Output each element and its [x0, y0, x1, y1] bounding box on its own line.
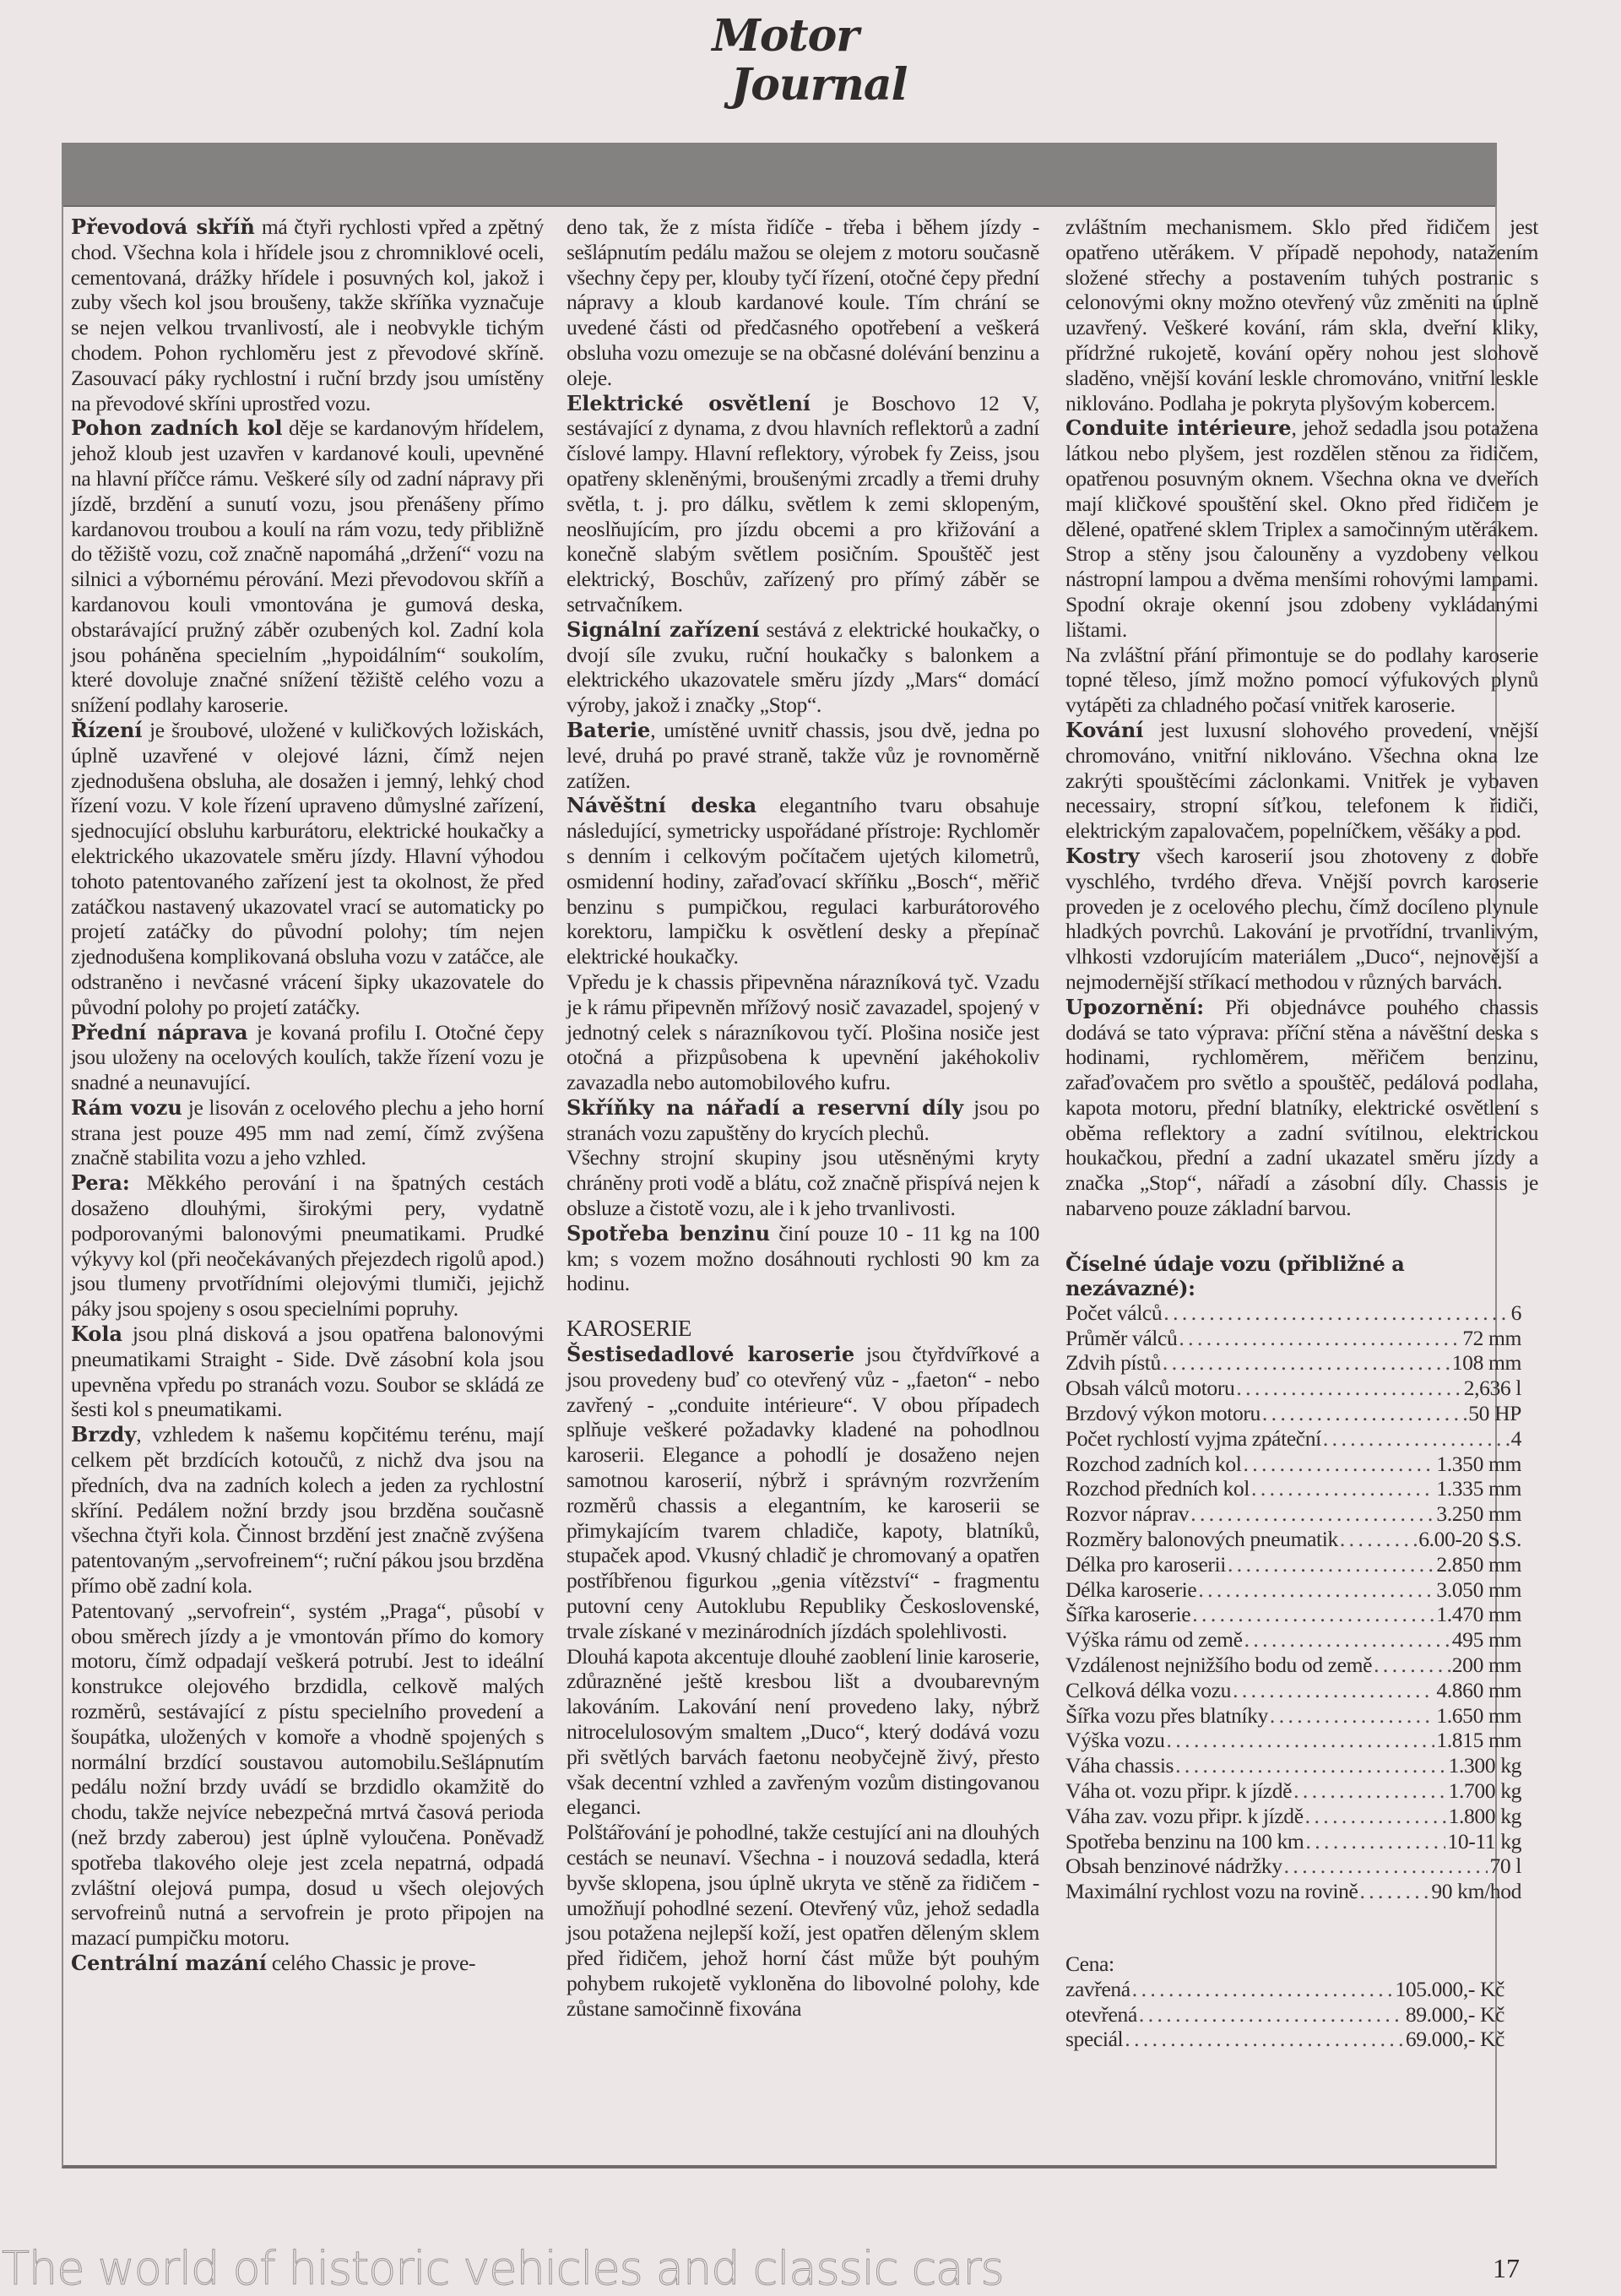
row-value: 10-11 kg — [1447, 1829, 1521, 1854]
specs-table: Počet válců6Průměr válců72 mmZdvih pístů… — [1065, 1300, 1521, 1904]
dot-leader — [1243, 1452, 1434, 1477]
row-value: 108 mm — [1452, 1350, 1521, 1376]
price-row: speciál69.000,- Kč — [1065, 2027, 1504, 2052]
dot-leader — [1228, 1552, 1434, 1577]
paragraph-text: děje se kardanovým hřídelem, jehož kloub… — [71, 415, 544, 717]
spec-row: Váha chassis1.300 kg — [1065, 1753, 1521, 1778]
dot-leader — [1190, 1501, 1434, 1527]
dot-leader — [1179, 1326, 1461, 1351]
dot-leader — [1139, 2002, 1404, 2027]
row-label: Počet rychlostí vyjma zpáteční — [1065, 1426, 1321, 1452]
paragraph-text: je Boschovo 12 V, sestávající z dynama, … — [567, 391, 1039, 616]
dot-leader — [1262, 1401, 1466, 1426]
spec-row: Šířka karoserie1.470 mm — [1065, 1602, 1521, 1627]
spec-row: Počet válců6 — [1065, 1300, 1521, 1326]
row-label: Váha ot. vozu připr. k jízdě — [1065, 1778, 1292, 1804]
dot-leader — [1163, 1300, 1509, 1326]
dot-leader — [1244, 1627, 1450, 1653]
logo-line-2: Journal — [726, 61, 912, 110]
paragraph: Dlouhá kapota akcentuje dlouhé zaoblení … — [567, 1644, 1039, 1821]
row-value: 105.000,- Kč — [1395, 1977, 1504, 2002]
row-value: 1.350 mm — [1436, 1452, 1521, 1477]
paragraph: Řízení je šroubové, uložené v kuličkovýc… — [71, 718, 544, 1020]
footer-tagline: The world of historic vehicles and class… — [2, 2242, 1004, 2295]
paragraph: Patentovaný „servofrein“, systém „Praga“… — [71, 1599, 544, 1951]
paragraph-text: jsou čtyřdvířkové a jsou provedeny buď c… — [567, 1342, 1039, 1643]
paragraph: Baterie, umístěné uvnitř chassis, jsou d… — [567, 718, 1039, 793]
paragraph-text: má čtyři rychlosti vpřed a zpětný chod. … — [71, 214, 544, 415]
paragraph: Brzdy, vzhledem k našemu kopčitému terén… — [71, 1422, 544, 1599]
paragraph-lead: Upozornění: — [1065, 995, 1204, 1019]
paragraph: Centrální mazání celého Chassic je prove… — [71, 1951, 544, 1976]
spec-row: Váha ot. vozu připr. k jízdě1.700 kg — [1065, 1778, 1521, 1804]
paragraph-text: elegantního tvaru obsahuje následující, … — [567, 793, 1039, 969]
row-label: Výška rámu od země — [1065, 1627, 1243, 1653]
paragraph-text: Měkkého perování i na špatných cestách d… — [71, 1170, 544, 1321]
row-label: Celková délka vozu — [1065, 1678, 1231, 1703]
spec-row: Vzdálenost nejnižšího bodu od země200 mm — [1065, 1653, 1521, 1678]
dot-leader — [1284, 1854, 1488, 1879]
row-value: 90 km/hod — [1431, 1879, 1521, 1904]
row-label: Rozměry balonových pneumatik — [1065, 1527, 1338, 1552]
dot-leader — [1305, 1804, 1447, 1829]
gray-header-banner — [62, 143, 1497, 207]
row-label: Průměr válců — [1065, 1326, 1177, 1351]
paragraph: Návěštní deska elegantního tvaru obsahuj… — [567, 793, 1039, 969]
article-column-3: zvláštním mechanismem. Sklo před řidičem… — [1065, 214, 1538, 2052]
paragraph-lead: Kola — [71, 1322, 122, 1346]
spec-row: Šířka vozu přes blatníky1.650 mm — [1065, 1703, 1521, 1729]
spec-row: Rozvor náprav3.250 mm — [1065, 1501, 1521, 1527]
row-label: Šířka vozu přes blatníky — [1065, 1703, 1268, 1729]
spec-row: Průměr válců72 mm — [1065, 1326, 1521, 1351]
dot-leader — [1167, 1728, 1435, 1753]
spec-row: Výška rámu od země495 mm — [1065, 1627, 1521, 1653]
row-label: Šířka karoserie — [1065, 1602, 1190, 1627]
spec-row: Rozměry balonových pneumatik6.00-20 S.S. — [1065, 1527, 1521, 1552]
paragraph: Kostry všech karoserií jsou zhotoveny z … — [1065, 844, 1538, 995]
spec-row: Maximální rychlost vozu na rovině90 km/h… — [1065, 1879, 1521, 1904]
paragraph: Upozornění: Při objednávce pouhého chass… — [1065, 995, 1538, 1221]
paragraph-lead: Návěštní deska — [567, 793, 756, 817]
row-value: 6 — [1511, 1300, 1521, 1326]
row-value: 1.815 mm — [1436, 1728, 1521, 1753]
paragraph-lead: Conduite intérieure — [1065, 415, 1292, 440]
price-row: zavřená105.000,- Kč — [1065, 1977, 1504, 2002]
paragraph: Kola jsou plná disková a jsou opatřena b… — [71, 1322, 544, 1422]
paragraph-lead: Kování — [1065, 718, 1143, 742]
dot-leader — [1305, 1829, 1445, 1854]
dot-leader — [1251, 1476, 1434, 1501]
row-value: 50 HP — [1468, 1401, 1521, 1426]
paragraph: Přední náprava je kovaná profilu I. Otoč… — [71, 1020, 544, 1095]
row-label: Váha zav. vozu připr. k jízdě — [1065, 1804, 1304, 1829]
paragraph-lead: Baterie — [567, 718, 650, 742]
row-value: 2,636 l — [1464, 1376, 1521, 1401]
row-label: Výška vozu — [1065, 1728, 1165, 1753]
paragraph-text: je šroubové, uložené v kuličkových ložis… — [71, 718, 544, 1019]
paragraph-text: Patentovaný „servofrein“, systém „Praga“… — [71, 1599, 544, 1950]
dot-leader — [1374, 1653, 1450, 1678]
spec-row: Výška vozu1.815 mm — [1065, 1728, 1521, 1753]
paragraph-text: celého Chassic je prove- — [267, 1951, 475, 1975]
dot-leader — [1323, 1426, 1510, 1452]
row-label: Počet válců — [1065, 1300, 1162, 1326]
spec-row: Délka karoserie3.050 mm — [1065, 1577, 1521, 1603]
spec-row: Zdvih pístů108 mm — [1065, 1350, 1521, 1376]
motor-journal-logo: Motor Journal — [692, 12, 912, 130]
row-value: 495 mm — [1452, 1627, 1521, 1653]
row-label: speciál — [1065, 2027, 1123, 2052]
dot-leader — [1125, 2027, 1404, 2052]
page-number: 17 — [1493, 2253, 1520, 2284]
paragraph-text: Na zvláštní přání přimontuje se do podla… — [1065, 643, 1538, 718]
paragraph: Conduite intérieure, jehož sedadla jsou … — [1065, 415, 1538, 642]
row-value: 4.860 mm — [1436, 1678, 1521, 1703]
row-value: 6.00-20 S.S. — [1418, 1527, 1521, 1552]
row-label: Maximální rychlost vozu na rovině — [1065, 1879, 1358, 1904]
dot-leader — [1293, 1778, 1446, 1804]
spec-row: Délka pro karoserii2.850 mm — [1065, 1552, 1521, 1577]
paragraph-lead: Elektrické osvětlení — [567, 391, 810, 415]
spec-row: Rozchod předních kol1.335 mm — [1065, 1476, 1521, 1501]
article-column-2: deno tak, že z místa řidíče - třeba i bě… — [567, 214, 1039, 2022]
paragraph-lead: Řízení — [71, 718, 143, 742]
paragraph-lead: Centrální mazání — [71, 1951, 267, 1975]
row-label: Spotřeba benzinu na 100 km — [1065, 1829, 1304, 1854]
logo-line-1: Motor — [659, 12, 912, 61]
paragraph: Pera: Měkkého perování i na špatných ces… — [71, 1170, 544, 1322]
row-value: 89.000,- Kč — [1406, 2002, 1504, 2027]
row-value: 1.800 kg — [1449, 1804, 1521, 1829]
dot-leader — [1270, 1703, 1435, 1729]
row-label: Obsah válců motoru — [1065, 1376, 1234, 1401]
row-value: 1.300 kg — [1449, 1753, 1521, 1778]
row-label: Váha chassis — [1065, 1753, 1174, 1778]
paragraph-text: jsou plná disková a jsou opatřena balono… — [71, 1322, 544, 1421]
row-label: Brzdový výkon motoru — [1065, 1401, 1260, 1426]
prices-table: zavřená105.000,- Kčotevřená89.000,- Kčsp… — [1065, 1977, 1504, 2052]
paragraph: Na zvláštní přání přimontuje se do podla… — [1065, 643, 1538, 718]
paragraph-lead: Pohon zadních kol — [71, 415, 283, 440]
paragraph-text: Dlouhá kapota akcentuje dlouhé zaoblení … — [567, 1644, 1039, 1820]
paragraph: Spotřeba benzinu činí pouze 10 - 11 kg n… — [567, 1221, 1039, 1296]
paragraph: zvláštním mechanismem. Sklo před řidičem… — [1065, 214, 1538, 415]
paragraph-lead: Skříňky na nářadí a reservní díly — [567, 1095, 963, 1120]
spec-row: Obsah benzinové nádržky70 l — [1065, 1854, 1521, 1879]
dot-leader — [1359, 1879, 1429, 1904]
row-value: 70 l — [1489, 1854, 1521, 1879]
dot-leader — [1236, 1376, 1461, 1401]
row-value: 1.335 mm — [1436, 1476, 1521, 1501]
row-value: 2.850 mm — [1436, 1552, 1521, 1577]
row-label: otevřená — [1065, 2002, 1137, 2027]
dot-leader — [1175, 1753, 1447, 1778]
row-value: 4 — [1511, 1426, 1521, 1452]
dot-leader — [1340, 1527, 1417, 1552]
row-label: Délka pro karoserii — [1065, 1552, 1226, 1577]
paragraph: Skříňky na nářadí a reservní díly jsou p… — [567, 1095, 1039, 1146]
paragraph-text: Polštářování je pohodlné, takže cestujíc… — [567, 1820, 1039, 2021]
section-heading-karoserie: KAROSERIE — [567, 1316, 1039, 1342]
paragraph-text: Vpředu je k chassis připevněna nárazníko… — [567, 969, 1039, 1094]
paragraph-lead: Brzdy — [71, 1422, 136, 1447]
spec-row: Váha zav. vozu připr. k jízdě1.800 kg — [1065, 1804, 1521, 1829]
paragraph-lead: Přední náprava — [71, 1020, 248, 1045]
row-label: Zdvih pístů — [1065, 1350, 1161, 1376]
row-value: 1.700 kg — [1449, 1778, 1521, 1804]
paragraph-lead: Kostry — [1065, 844, 1140, 868]
row-value: 72 mm — [1462, 1326, 1521, 1351]
paragraph: Převodová skříň má čtyři rychlosti vpřed… — [71, 214, 544, 415]
paragraph: Všechny strojní skupiny jsou utěsněnými … — [567, 1145, 1039, 1220]
paragraph: Vpředu je k chassis připevněna nárazníko… — [567, 969, 1039, 1095]
dot-leader — [1198, 1577, 1434, 1603]
row-label: Rozchod zadních kol — [1065, 1452, 1241, 1477]
row-label: zavřená — [1065, 1977, 1130, 2002]
paragraph-text: zvláštním mechanismem. Sklo před řidičem… — [1065, 214, 1538, 415]
paragraph: Pohon zadních kol děje se kardanovým hří… — [71, 415, 544, 718]
paragraph: Signální zařízení sestává z elektrické h… — [567, 617, 1039, 718]
paragraph: Elektrické osvětlení je Boschovo 12 V, s… — [567, 391, 1039, 617]
row-value: 3.050 mm — [1436, 1577, 1521, 1603]
paragraph: Kování jest luxusní slohového provedení,… — [1065, 718, 1538, 844]
spec-row: Počet rychlostí vyjma zpáteční4 — [1065, 1426, 1521, 1452]
spec-row: Obsah válců motoru2,636 l — [1065, 1376, 1521, 1401]
paragraph-lead: Signální zařízení — [567, 617, 760, 642]
paragraph: deno tak, že z místa řidíče - třeba i bě… — [567, 214, 1039, 391]
row-label: Rozchod předních kol — [1065, 1476, 1250, 1501]
paragraph-text: Při objednávce pouhého chassis dodává se… — [1065, 995, 1538, 1220]
paragraph-lead: Pera: — [71, 1170, 130, 1195]
row-label: Délka karoserie — [1065, 1577, 1196, 1603]
paragraph: Rám vozu je lisován z ocelového plechu a… — [71, 1095, 544, 1170]
row-label: Vzdálenost nejnižšího bodu od země — [1065, 1653, 1372, 1678]
price-row: otevřená89.000,- Kč — [1065, 2002, 1504, 2027]
row-label: Obsah benzinové nádržky — [1065, 1854, 1282, 1879]
dot-leader — [1163, 1350, 1450, 1376]
spec-row: Rozchod zadních kol1.350 mm — [1065, 1452, 1521, 1477]
paragraph-text: deno tak, že z místa řidíče - třeba i bě… — [567, 214, 1039, 390]
spec-row: Spotřeba benzinu na 100 km10-11 kg — [1065, 1829, 1521, 1854]
prices-title: Cena: — [1065, 1951, 1538, 1977]
paragraph: Polštářování je pohodlné, takže cestujíc… — [567, 1820, 1039, 2021]
row-label: Rozvor náprav — [1065, 1501, 1189, 1527]
dot-leader — [1192, 1602, 1434, 1627]
row-value: 1.470 mm — [1436, 1602, 1521, 1627]
paragraph-text: , vzhledem k našemu kopčitému terénu, ma… — [71, 1422, 544, 1598]
paragraph-lead: Šestisedadlové karoserie — [567, 1342, 854, 1366]
specs-title: Číselné údaje vozu (přibližné a nezávazn… — [1065, 1251, 1538, 1300]
paragraph-lead: Převodová skříň — [71, 214, 255, 239]
spec-row: Celková délka vozu4.860 mm — [1065, 1678, 1521, 1703]
row-value: 200 mm — [1452, 1653, 1521, 1678]
paragraph-lead: Spotřeba benzinu — [567, 1221, 770, 1246]
row-value: 69.000,- Kč — [1406, 2027, 1504, 2052]
row-value: 1.650 mm — [1436, 1703, 1521, 1729]
article-column-1: Převodová skříň má čtyři rychlosti vpřed… — [71, 214, 544, 1976]
paragraph-lead: Rám vozu — [71, 1095, 182, 1120]
dot-leader — [1132, 1977, 1394, 2002]
dot-leader — [1233, 1678, 1434, 1703]
paragraph-text: , jehož sedadla jsou potažena látkou neb… — [1065, 415, 1538, 641]
paragraph: Šestisedadlové karoserie jsou čtyřdvířko… — [567, 1342, 1039, 1644]
spec-row: Brzdový výkon motoru50 HP — [1065, 1401, 1521, 1426]
paragraph-text: Všechny strojní skupiny jsou utěsněnými … — [567, 1145, 1039, 1220]
row-value: 3.250 mm — [1436, 1501, 1521, 1527]
